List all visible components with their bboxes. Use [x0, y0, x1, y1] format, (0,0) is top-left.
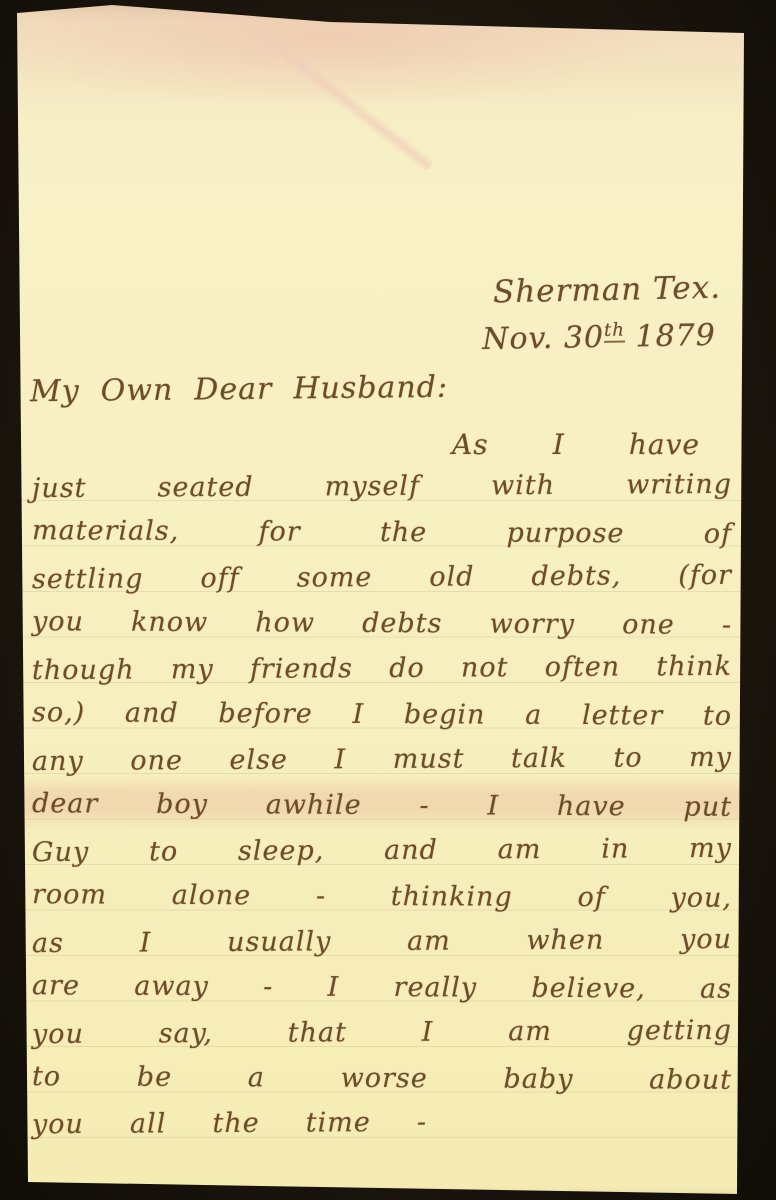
letter-line: materials, for the purpose of [32, 508, 732, 557]
letter-heading-date: Nov. 30th 1879 [468, 318, 731, 358]
date-year: 1879 [625, 318, 716, 355]
letter-heading-location: Sherman Tex. [478, 269, 737, 310]
letter-salutation: My Own Dear Husband: [30, 370, 448, 409]
letter-line: just seated myself with writing [32, 462, 732, 512]
letter-opening-line: As I have [452, 428, 700, 461]
date-ordinal-suffix: th [604, 320, 625, 343]
letter-body: just seated myself with writing material… [32, 464, 732, 1147]
date-day: Nov. 30 [482, 320, 605, 357]
letter-line: dear boy awhile - I have put [32, 781, 732, 830]
letter-line: you say, that I am getting [32, 1008, 732, 1058]
letter-line: to be a worse baby about [32, 1054, 732, 1103]
letter-line: so,) and before I begin a letter to [32, 690, 732, 739]
letter-line: you know how debts worry one - [32, 599, 732, 648]
letter-line: are away - I really believe, as [32, 963, 732, 1012]
letter-line: Guy to sleep, and am in my [32, 826, 732, 876]
letter-line: any one else I must talk to my [32, 735, 732, 785]
letter-line: though my friends do not often think [32, 644, 732, 694]
letter-line: room alone - thinking of you, [32, 872, 732, 921]
letter-line: you all the time - [32, 1100, 427, 1148]
letter-line: as I usually am when you [32, 917, 732, 967]
letter-line: settling off some old debts, (for [32, 553, 732, 603]
scan-background: Sherman Tex. Nov. 30th 1879 My Own Dear … [0, 0, 776, 1200]
